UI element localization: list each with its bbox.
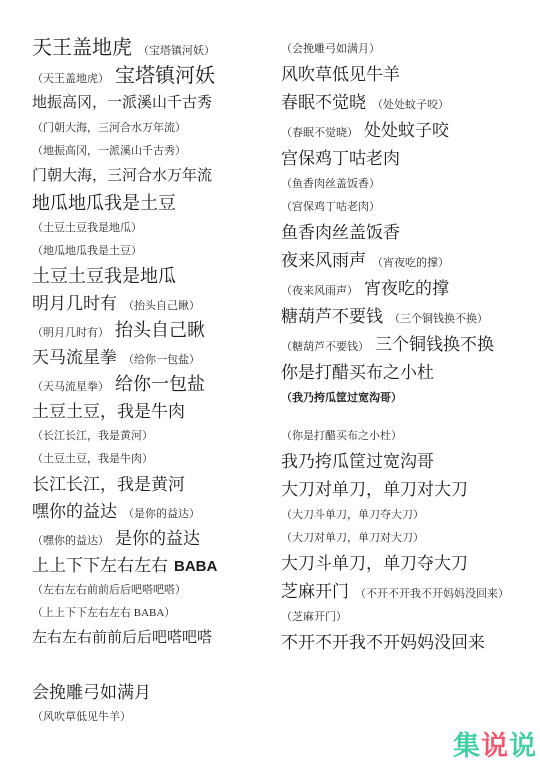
phrase-line: 鱼香肉丝盖饭香 [281, 219, 537, 247]
phrase-text: 不开不开我不开妈妈没回来 [281, 629, 485, 657]
annotation-text: （上上下下左右左右 BABA） [32, 602, 175, 625]
phrase-text: 门朝大海，三河合水万年流 [32, 163, 212, 190]
phrase-text: 三个铜钱换不换 [375, 331, 494, 359]
annotation-text: （抬头自己瞅） [123, 293, 200, 320]
phrase-text: 是你的益达 [115, 525, 200, 552]
phrase-text: 春眠不觉晓 [281, 89, 366, 117]
phrase-line: （大刀斗单刀，单刀夺大刀） [281, 504, 537, 527]
phrase-line: （我乃挎瓜筐过宽沟哥） [281, 387, 537, 410]
phrase-line: 春眠不觉晓（处处蚊子咬） [281, 89, 537, 117]
phrase-text: 土豆土豆，我是牛肉 [32, 398, 185, 425]
phrase-text: 宵夜吃的撑 [364, 275, 449, 303]
phrase-text: 大刀对单刀，单刀对大刀 [281, 476, 468, 504]
phrase-line: 土豆土豆我是地瓜 [32, 263, 278, 290]
phrase-line: 地瓜地瓜我是土豆 [32, 190, 278, 217]
phrase-line: 风吹草低见牛羊 [281, 61, 537, 89]
logo-char: 说 [509, 731, 537, 761]
annotation-text: （给你一包盐） [123, 347, 200, 374]
phrase-text: 地振高冈，一派溪山千古秀 [32, 90, 212, 117]
phrase-text: 上上下下左右左右 [32, 552, 168, 579]
logo-char: 说 [481, 731, 509, 761]
phrase-line: 宫保鸡丁咕老肉 [281, 145, 537, 173]
phrase-text: 风吹草低见牛羊 [281, 61, 400, 89]
annotation-text: （宫保鸡丁咕老肉） [281, 196, 380, 219]
phrase-text: 宫保鸡丁咕老肉 [281, 145, 400, 173]
logo-char: 集 [453, 731, 481, 761]
annotation-text: （鱼香肉丝盖饭香） [281, 173, 380, 196]
phrase-line: （鱼香肉丝盖饭香） [281, 173, 537, 196]
phrase-text: 长江长江，我是黄河 [32, 471, 185, 498]
phrase-text: 你是打醋买布之小杜 [281, 359, 434, 387]
annotation-text: （地瓜地瓜我是土豆） [32, 240, 142, 263]
phrase-text: 嘿你的益达 [32, 498, 117, 525]
annotation-text: （会挽雕弓如满月） [281, 38, 380, 61]
phrase-line: 大刀对单刀，单刀对大刀 [281, 476, 537, 504]
phrase-text: 夜来风雨声 [281, 247, 366, 275]
jishuoshuo-logo: 集说说 [453, 731, 537, 761]
phrase-text: 天马流星拳 [32, 344, 117, 371]
phrase-line: 会挽雕弓如满月 [32, 679, 278, 706]
phrase-line: （天王盖地虎）宝塔镇河妖 [32, 62, 278, 90]
phrase-text: 地瓜地瓜我是土豆 [32, 190, 176, 217]
phrase-line: （长江长江，我是黄河） [32, 425, 278, 448]
document-page: 天王盖地虎（宝塔镇河妖）（天王盖地虎）宝塔镇河妖地振高冈，一派溪山千古秀（门朝大… [0, 0, 540, 764]
phrase-line: 左右左右前前后后吧嗒吧嗒 [32, 625, 278, 652]
phrase-line: （芝麻开门） [281, 606, 537, 629]
annotation-text: （三个铜钱换不换） [389, 305, 488, 333]
annotation-text: （土豆土豆，我是牛肉） [32, 448, 153, 471]
phrase-text: 抬头自己瞅 [115, 317, 205, 344]
phrase-line: （地瓜地瓜我是土豆） [32, 240, 278, 263]
phrase-line: （地振高冈，一派溪山千古秀） [32, 140, 278, 163]
phrase-line: （糖葫芦不要钱）三个铜钱换不换 [281, 331, 537, 359]
phrase-line: （土豆土豆，我是牛肉） [32, 448, 278, 471]
annotation-text: （门朝大海，三河合水万年流） [32, 117, 186, 140]
phrase-line: 土豆土豆，我是牛肉 [32, 398, 278, 425]
annotation-text: （我乃挎瓜筐过宽沟哥） [281, 387, 402, 410]
phrase-line: （左右左右前前后后吧嗒吧嗒） [32, 579, 278, 602]
annotation-text: （长江长江，我是黄河） [32, 425, 153, 448]
phrase-line: （宫保鸡丁咕老肉） [281, 196, 537, 219]
phrase-line: （土豆土豆我是地瓜） [32, 217, 278, 240]
phrase-line: 糖葫芦不要钱（三个铜钱换不换） [281, 303, 537, 331]
annotation-text: （大刀斗单刀，单刀夺大刀） [281, 504, 424, 527]
phrase-text: 土豆土豆我是地瓜 [32, 263, 176, 290]
phrase-line: （夜来风雨声）宵夜吃的撑 [281, 275, 537, 303]
annotation-text: （明月几时有） [32, 320, 109, 347]
phrase-text: 糖葫芦不要钱 [281, 303, 383, 331]
phrase-line: （门朝大海，三河合水万年流） [32, 117, 278, 140]
phrase-line: 你是打醋买布之小杜 [281, 359, 537, 387]
annotation-text: （地振高冈，一派溪山千古秀） [32, 140, 186, 163]
phrase-line: （嘿你的益达）是你的益达 [32, 525, 278, 552]
annotation-text: （天王盖地虎） [32, 65, 109, 93]
phrase-line: （你是打醋买布之小杜） [281, 425, 537, 448]
annotation-text: （左右左右前前后后吧嗒吧嗒） [32, 579, 186, 602]
phrase-line: （明月几时有）抬头自己瞅 [32, 317, 278, 344]
left-column: 天王盖地虎（宝塔镇河妖）（天王盖地虎）宝塔镇河妖地振高冈，一派溪山千古秀（门朝大… [32, 34, 278, 729]
phrase-line: 长江长江，我是黄河 [32, 471, 278, 498]
phrase-line: 我乃挎瓜筐过宽沟哥 [281, 448, 537, 476]
phrase-text: 我乃挎瓜筐过宽沟哥 [281, 448, 434, 476]
phrase-text: 明月几时有 [32, 290, 117, 317]
phrase-line: （会挽雕弓如满月） [281, 38, 537, 61]
phrase-text: 处处蚊子咬 [364, 117, 449, 145]
phrase-line: 大刀斗单刀，单刀夺大刀 [281, 550, 537, 578]
annotation-text: （风吹草低见牛羊） [32, 706, 131, 729]
annotation-text: （春眠不觉晓） [281, 119, 358, 147]
phrase-line: （大刀对单刀，单刀对大刀） [281, 527, 537, 550]
annotation-text: （夜来风雨声） [281, 277, 358, 305]
annotation-text: （宵夜吃的撑） [372, 249, 449, 277]
phrase-line: 嘿你的益达（是你的益达） [32, 498, 278, 525]
annotation-text: （芝麻开门） [281, 606, 347, 629]
phrase-line: 芝麻开门（不开不开我不开妈妈没回来） [281, 578, 537, 606]
phrase-line: （天马流星拳）给你一包盐 [32, 371, 278, 398]
phrase-text: 芝麻开门 [281, 578, 349, 606]
phrase-text: 天王盖地虎 [32, 34, 132, 62]
phrase-text: BABA [174, 553, 217, 580]
annotation-text: （糖葫芦不要钱） [281, 333, 369, 361]
annotation-text: （处处蚊子咬） [372, 91, 449, 119]
phrase-text: 宝塔镇河妖 [115, 62, 215, 90]
phrase-line: 门朝大海，三河合水万年流 [32, 163, 278, 190]
phrase-line: 天马流星拳（给你一包盐） [32, 344, 278, 371]
phrase-line: 地振高冈，一派溪山千古秀 [32, 90, 278, 117]
phrase-text: 会挽雕弓如满月 [32, 679, 151, 706]
annotation-text: （土豆土豆我是地瓜） [32, 217, 142, 240]
phrase-line: 上上下下左右左右BABA [32, 552, 278, 579]
phrase-text: 给你一包盐 [115, 371, 205, 398]
phrase-line: 明月几时有（抬头自己瞅） [32, 290, 278, 317]
phrase-line: 夜来风雨声（宵夜吃的撑） [281, 247, 537, 275]
phrase-line: （春眠不觉晓）处处蚊子咬 [281, 117, 537, 145]
phrase-text: 鱼香肉丝盖饭香 [281, 219, 400, 247]
annotation-text: （大刀对单刀，单刀对大刀） [281, 527, 424, 550]
phrase-line: （上上下下左右左右 BABA） [32, 602, 278, 625]
annotation-text: （是你的益达） [123, 501, 200, 528]
annotation-text: （天马流星拳） [32, 374, 109, 401]
phrase-line: 天王盖地虎（宝塔镇河妖） [32, 34, 278, 62]
annotation-text: （不开不开我不开妈妈没回来） [355, 580, 509, 608]
annotation-text: （你是打醋买布之小杜） [281, 425, 402, 448]
annotation-text: （宝塔镇河妖） [138, 37, 215, 65]
right-column: （会挽雕弓如满月）风吹草低见牛羊春眠不觉晓（处处蚊子咬）（春眠不觉晓）处处蚊子咬… [281, 38, 537, 657]
annotation-text: （嘿你的益达） [32, 528, 109, 555]
phrase-text: 左右左右前前后后吧嗒吧嗒 [32, 625, 212, 652]
phrase-line: （风吹草低见牛羊） [32, 706, 278, 729]
phrase-line: 不开不开我不开妈妈没回来 [281, 629, 537, 657]
phrase-text: 大刀斗单刀，单刀夺大刀 [281, 550, 468, 578]
